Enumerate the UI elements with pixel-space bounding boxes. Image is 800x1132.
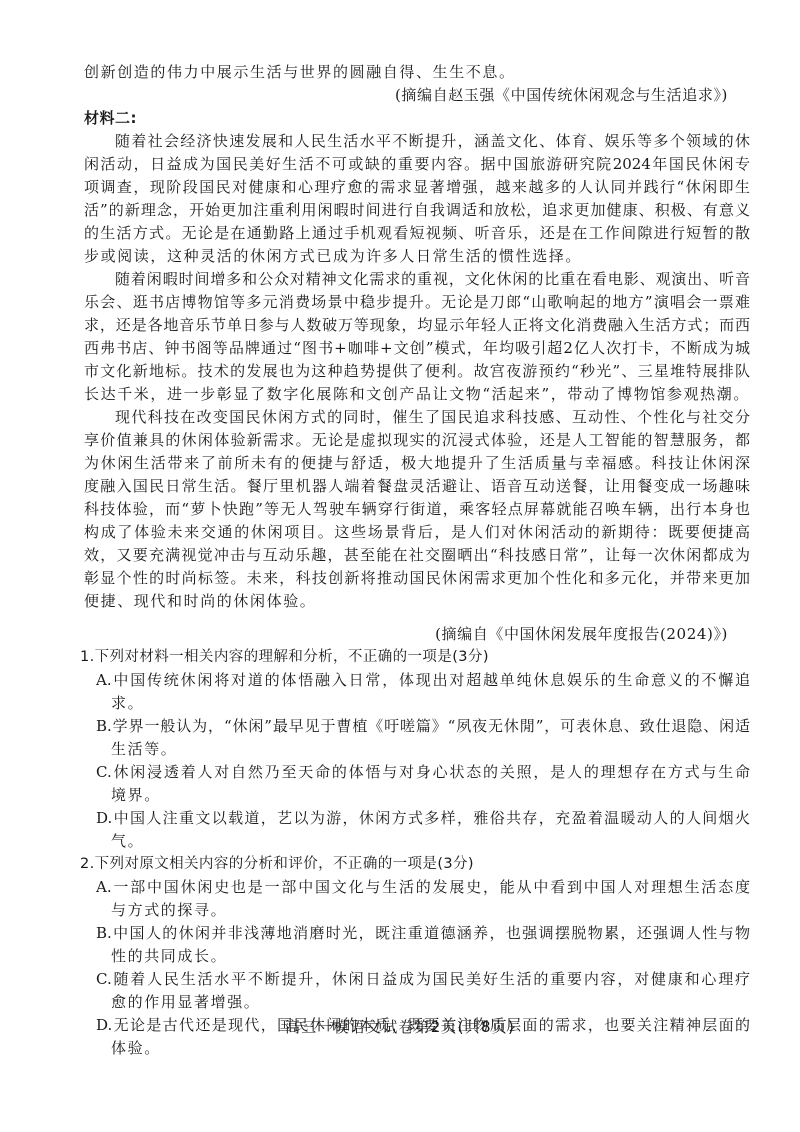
question-stem: 1.下列对材料一相关内容的理解和分析，不正确的一项是(3分) (80, 646, 750, 669)
paragraph-line: 享价值兼具的休闲体验新需求。无论是虚拟现实的沉浸式体验，还是人工智能的智慧服务，… (84, 429, 750, 452)
paragraph-line: 彰显个性的时尚标签。未来，科技创新将推动国民休闲需求更加个性化和多元化，并带来更… (84, 567, 750, 590)
paragraph-line: 闲活动，日益成为国民美好生活不可或缺的重要内容。据中国旅游研究院2024年国民休… (84, 153, 750, 176)
option-d: D.中国人注重文以载道，艺以为游，休闲方式多样，雅俗共存，充盈着温暖动人的人间烟… (80, 807, 750, 853)
option-line: C.休闲浸透着人对自然乃至天命的体悟与对身心状态的关照，是人的理想存在方式与生命 (80, 761, 750, 784)
paragraph-line: 构成了体验未来交通的休闲项目。这些场景背后，是人们对休闲活动的新期待：既要便捷高 (84, 521, 750, 544)
option-line: A.中国传统休闲将对道的体悟融入日常，体现出对超越单纯休息娱乐的生命意义的不懈追 (80, 669, 750, 692)
option-line: 体验。 (80, 1037, 750, 1060)
paragraph-line: 乐会、逛书店博物馆等多元消费场景中稳步提升。无论是刀郎“山歌响起的地方”演唱会一… (84, 291, 750, 314)
paragraph-line: 长达千米，进一步彰显了数字化展陈和文创产品让文物“活起来”，带动了博物馆参观热潮… (84, 383, 750, 406)
paragraph-line: 随着社会经济快速发展和人民生活水平不断提升，涵盖文化、体育、娱乐等多个领域的休 (84, 130, 750, 153)
material-two-paragraph-3: 现代科技在改变国民休闲方式的同时，催生了国民追求科技感、互动性、个性化与社交分 … (84, 406, 750, 613)
option-line: B.中国人的休闲并非浅薄地消磨时光，既注重道德涵养，也强调摆脱物累，还强调人性与… (80, 922, 750, 945)
option-a: A.一部中国休闲史也是一部中国文化与生活的发展史，能从中看到中国人对理想生活态度… (80, 876, 750, 922)
paragraph-line: 现代科技在改变国民休闲方式的同时，催生了国民追求科技感、互动性、个性化与社交分 (84, 406, 750, 429)
material-two-paragraph-2: 随着闲暇时间增多和公众对精神文化需求的重视，文化休闲的比重在看电影、观演出、听音… (84, 268, 750, 406)
paragraph-line: 度融入国民日常生活。餐厅里机器人端着餐盘灵活避让、语音互动送餐，让用餐变成一场趣… (84, 475, 750, 498)
exam-page-body: 创新创造的伟力中展示生活与世界的圆融自得、生生不息。 (摘编自赵玉强《中国传统休… (84, 61, 750, 1060)
question-stem: 2.下列对原文相关内容的分析和评价，不正确的一项是(3分) (80, 853, 750, 876)
material-one-source: (摘编自赵玉强《中国传统休闲观念与生活追求》) (84, 84, 750, 107)
option-c: C.随着人民生活水平不断提升，休闲日益成为国民美好生活的重要内容，对健康和心理疗… (80, 968, 750, 1014)
paragraph-line: 为休闲生活带来了前所未有的便捷与舒适，极大地提升了生活质量与幸福感。科技让休闲深 (84, 452, 750, 475)
option-line: D.中国人注重文以载道，艺以为游，休闲方式多样，雅俗共存，充盈着温暖动人的人间烟… (80, 807, 750, 830)
page-footer: 高三一模语文试卷第2页(共8页) (0, 1016, 800, 1037)
option-a: A.中国传统休闲将对道的体悟融入日常，体现出对超越单纯休息娱乐的生命意义的不懈追… (80, 669, 750, 715)
option-line: B.学界一般认为，“休闲”最早见于曹植《吁嗟篇》“夙夜无休閒”，可表休息、致仕退… (80, 715, 750, 738)
option-b: B.中国人的休闲并非浅薄地消磨时光，既注重道德涵养，也强调摆脱物累，还强调人性与… (80, 922, 750, 968)
paragraph-line: 便捷、现代和时尚的休闲体验。 (84, 590, 750, 613)
option-line: 愈的作用显著增强。 (80, 991, 750, 1014)
paragraph-line: 西弗书店、钟书阁等品牌通过“图书+咖啡+文创”模式，年均吸引超2亿人次打卡，不断… (84, 337, 750, 360)
paragraph-line: 求，还是各地音乐节单日参与人数破万等现象，均显示年轻人正将文化消费融入生活方式；… (84, 314, 750, 337)
material-two-source: (摘编自《中国休闲发展年度报告(2024)》) (84, 623, 750, 646)
paragraph-line: 科技体验，而“萝卜快跑”等无人驾驶车辆穿行街道，乘客轻点屏幕就能召唤车辆，出行本… (84, 498, 750, 521)
paragraph-line: 的生活方式。无论是在通勤路上通过手机观看短视频、听音乐，还是在工作间隙进行短暂的… (84, 222, 750, 245)
option-line: A.一部中国休闲史也是一部中国文化与生活的发展史，能从中看到中国人对理想生活态度 (80, 876, 750, 899)
paragraph-line: 随着闲暇时间增多和公众对精神文化需求的重视，文化休闲的比重在看电影、观演出、听音 (84, 268, 750, 291)
option-line: 气。 (80, 830, 750, 853)
paragraph-line: 项调查，现阶段国民对健康和心理疗愈的需求显著增强，越来越多的人认同并践行“休闲即… (84, 176, 750, 199)
option-b: B.学界一般认为，“休闲”最早见于曹植《吁嗟篇》“夙夜无休閒”，可表休息、致仕退… (80, 715, 750, 761)
paragraph-line: 步或阅读，这种灵活的休闲方式已成为许多人日常生活的惯性选择。 (84, 245, 750, 268)
option-line: 性的共同成长。 (80, 945, 750, 968)
paragraph-line: 市文化新地标。技术的发展也为这种趋势提供了便利。故宫夜游预约“秒光”、三星堆特展… (84, 360, 750, 383)
material-two-paragraph-1: 随着社会经济快速发展和人民生活水平不断提升，涵盖文化、体育、娱乐等多个领域的休 … (84, 130, 750, 268)
option-line: 境界。 (80, 784, 750, 807)
option-line: 求。 (80, 692, 750, 715)
paragraph-line: 活”的新理念，开始更加注重利用闲暇时间进行自我调适和放松，追求更加健康、积极、有… (84, 199, 750, 222)
material-two-heading: 材料二: (84, 107, 750, 130)
option-line: C.随着人民生活水平不断提升，休闲日益成为国民美好生活的重要内容，对健康和心理疗 (80, 968, 750, 991)
question-1: 1.下列对材料一相关内容的理解和分析，不正确的一项是(3分) A.中国传统休闲将… (80, 646, 750, 853)
option-c: C.休闲浸透着人对自然乃至天命的体悟与对身心状态的关照，是人的理想存在方式与生命… (80, 761, 750, 807)
material-one-last-line: 创新创造的伟力中展示生活与世界的圆融自得、生生不息。 (84, 61, 750, 84)
paragraph-line: 效，又要充满视觉冲击与互动乐趣，甚至能在社交圈晒出“科技感日常”，让每一次休闲都… (84, 544, 750, 567)
option-line: 与方式的探寻。 (80, 899, 750, 922)
option-line: 生活等。 (80, 738, 750, 761)
